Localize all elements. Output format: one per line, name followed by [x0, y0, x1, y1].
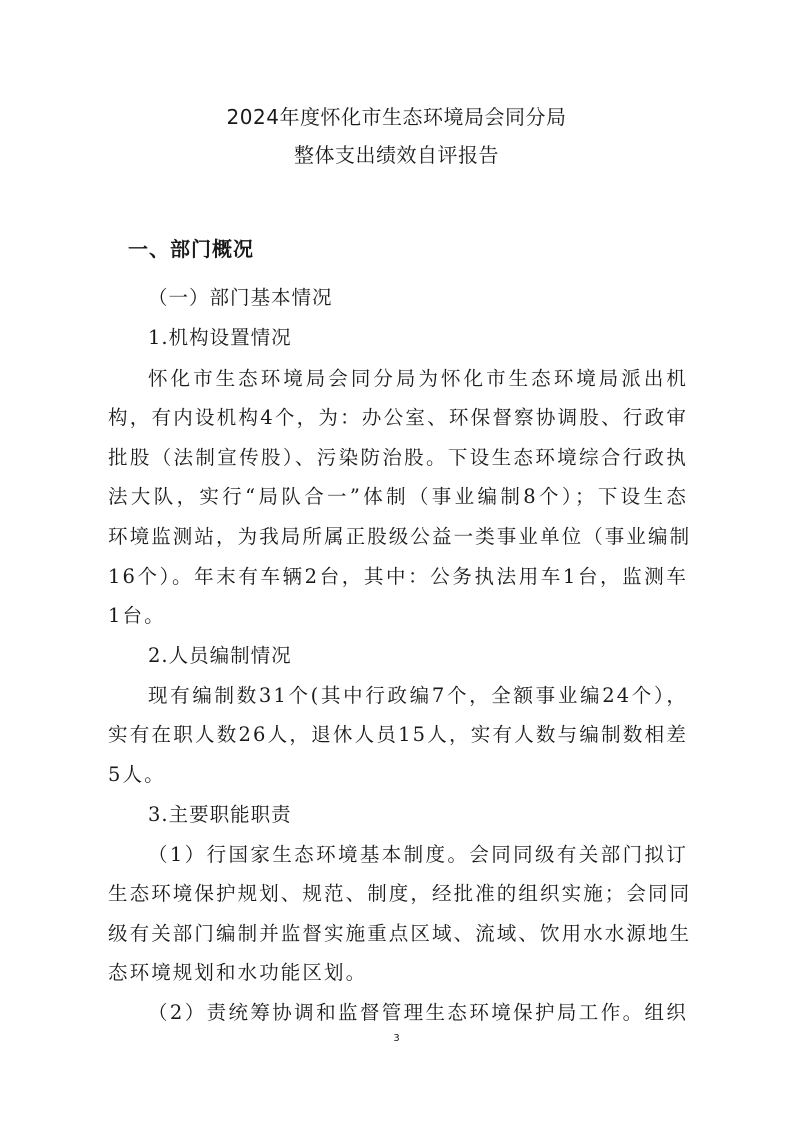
- paragraph-line: 现有编制数31个(其中行政编7个，全额事业编24个），: [148, 684, 688, 708]
- item-heading-staffing: 2.人员编制情况: [148, 644, 292, 668]
- subsection-heading-basic-info: （一）部门基本情况: [148, 286, 333, 310]
- document-page: 2024年度怀化市生态环境局会同分局 整体支出绩效自评报告 一、部门概况 （一）…: [0, 0, 793, 1122]
- paragraph-line: 态环境规划和水功能区划。: [108, 961, 367, 985]
- page-number: 3: [0, 1033, 793, 1044]
- paragraph-line: 构，有内设机构4个，为：办公室、环保督察协调股、行政审: [108, 406, 688, 430]
- paragraph-line: 怀化市生态环境局会同分局为怀化市生态环境局派出机: [148, 367, 688, 391]
- section-heading-department-overview: 一、部门概况: [128, 237, 254, 261]
- paragraph-line: 法大队，实行“局队合一”体制（事业编制8个）；下设生态: [108, 485, 688, 509]
- document-title-line1: 2024年度怀化市生态环境局会同分局: [0, 104, 793, 130]
- paragraph-line: 5人。: [108, 763, 166, 787]
- paragraph-line: 生态环境保护规划、规范、制度，经批准的组织实施；会同同: [108, 882, 688, 906]
- paragraph-line: 实有在职人数26人，退休人员15人，实有人数与编制数相差: [108, 723, 688, 747]
- paragraph-line: （1）行国家生态环境基本制度。会同同级有关部门拟订: [148, 843, 688, 867]
- paragraph-line: （2）责统筹协调和监督管理生态环境保护局工作。组织: [148, 1001, 688, 1025]
- item-heading-organization: 1.机构设置情况: [148, 326, 292, 350]
- item-heading-main-duties: 3.主要职能职责: [148, 803, 292, 827]
- paragraph-line: 环境监测站，为我局所属正股级公益一类事业单位（事业编制: [108, 525, 688, 549]
- paragraph-line: 1台。: [108, 604, 166, 628]
- paragraph-line: 级有关部门编制并监督实施重点区域、流域、饮用水水源地生: [108, 922, 688, 946]
- document-title-line2: 整体支出绩效自评报告: [0, 142, 793, 168]
- paragraph-line: 16个）。年末有车辆2台，其中：公务执法用车1台，监测车: [108, 565, 688, 589]
- paragraph-line: 批股（法制宣传股）、污染防治股。下设生态环境综合行政执: [108, 446, 688, 470]
